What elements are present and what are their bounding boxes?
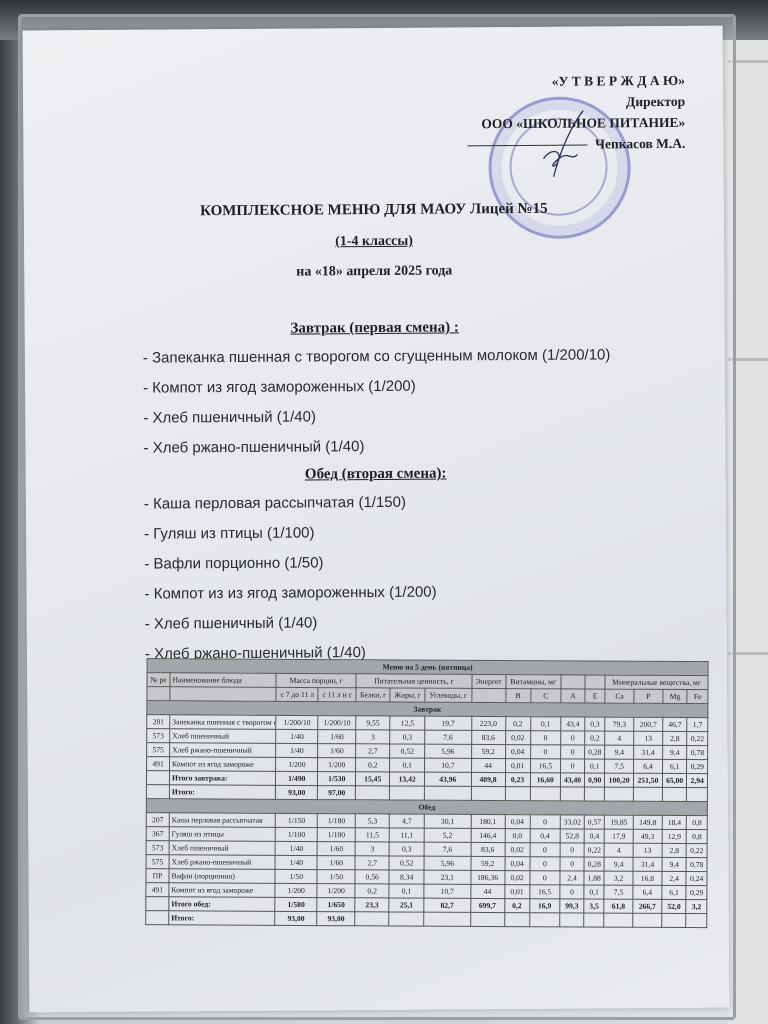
table-cell: 44 bbox=[471, 884, 505, 898]
table-cell: 5,96 bbox=[424, 856, 471, 870]
table-cell: 0,1 bbox=[530, 717, 560, 731]
table-cell: 99,3 bbox=[560, 899, 584, 913]
table-cell: 0,1 bbox=[390, 758, 425, 772]
table-cell: 2,7 bbox=[355, 856, 389, 870]
table-cell: 0,28 bbox=[584, 857, 604, 871]
document-grades: (1-4 классы) bbox=[24, 232, 724, 253]
table-cell: 0 bbox=[560, 885, 584, 899]
table-cell: 11,1 bbox=[389, 828, 424, 842]
table-cell bbox=[424, 912, 471, 926]
table-cell: 1/40 bbox=[275, 841, 317, 855]
table-cell bbox=[561, 675, 585, 689]
table-cell: 0,1 bbox=[585, 759, 605, 773]
list-item: - Гуляш из птицы (1/100) bbox=[144, 518, 436, 550]
table-cell: 0,57 bbox=[584, 815, 604, 829]
table-cell: 0,1 bbox=[389, 884, 424, 898]
table-cell: 2,4 bbox=[560, 871, 584, 885]
table-cell: 83,6 bbox=[471, 730, 505, 744]
table-cell: Минеральные вещества, мг bbox=[605, 675, 708, 690]
table-cell: Энергет bbox=[472, 674, 506, 688]
table-cell: Витамины, мг bbox=[505, 675, 561, 689]
table-cell: 1/200/10 bbox=[276, 715, 318, 729]
table-cell bbox=[687, 788, 708, 802]
table-cell: 0,2 bbox=[585, 731, 605, 745]
table-cell: 1/60 bbox=[318, 730, 356, 744]
table-cell: 0,01 bbox=[505, 759, 530, 773]
table-cell: 575 bbox=[147, 743, 170, 757]
table-cell: 200,7 bbox=[634, 717, 663, 731]
table-cell: Хлеб ржано-пшеничный bbox=[169, 855, 275, 870]
table-cell bbox=[147, 687, 170, 701]
table-cell: 9,4 bbox=[604, 857, 633, 871]
table-cell: 17,9 bbox=[604, 829, 633, 843]
table-cell bbox=[633, 913, 662, 927]
table-cell: 25,1 bbox=[389, 898, 424, 912]
table-cell: 0,24 bbox=[686, 872, 707, 886]
table-cell: 30,1 bbox=[424, 814, 471, 828]
table-cell: 0,8 bbox=[687, 830, 708, 844]
table-cell: 0,02 bbox=[504, 871, 529, 885]
table-cell: 0 bbox=[561, 731, 585, 745]
table-cell: Белки, г bbox=[356, 688, 390, 702]
table-cell: 0,3 bbox=[390, 730, 425, 744]
table-cell: 4 bbox=[605, 731, 634, 745]
list-item: - Вафли порционно (1/50) bbox=[144, 548, 436, 580]
table-cell: 0,01 bbox=[504, 885, 529, 899]
table-cell: 0,04 bbox=[505, 857, 530, 871]
table-cell: 1/200 bbox=[276, 757, 318, 771]
table-cell bbox=[471, 786, 505, 800]
table-cell: 11,5 bbox=[355, 828, 389, 842]
table-cell: 2,94 bbox=[687, 774, 708, 788]
table-cell: 149,8 bbox=[633, 815, 662, 829]
table-cell: 251,50 bbox=[633, 773, 662, 787]
table-cell: 2,4 bbox=[662, 871, 687, 885]
table-cell bbox=[356, 786, 390, 800]
table-cell: 1/200 bbox=[275, 883, 317, 897]
table-cell: 1/490 bbox=[276, 771, 318, 785]
table-cell: 491 bbox=[147, 757, 170, 771]
table-cell: 19,7 bbox=[425, 716, 472, 730]
signature-line bbox=[467, 145, 587, 147]
table-cell: 18,4 bbox=[662, 815, 687, 829]
table-cell bbox=[560, 913, 584, 927]
table-cell: 1/60 bbox=[318, 744, 356, 758]
table-cell: 0,04 bbox=[505, 745, 530, 759]
table-cell: 0,4 bbox=[584, 829, 604, 843]
table-cell: 0,52 bbox=[389, 856, 424, 870]
table-cell: 8,34 bbox=[389, 870, 424, 884]
table-cell: 100,20 bbox=[605, 773, 634, 787]
table-cell: Е bbox=[585, 689, 605, 703]
table-cell: 7,6 bbox=[424, 842, 471, 856]
list-item: - Хлеб пшеничный (1/40) bbox=[143, 400, 611, 433]
table-cell: Ca bbox=[605, 689, 634, 703]
table-cell: P bbox=[634, 689, 663, 703]
list-item: - Компот из ягод замороженных (1/200) bbox=[143, 370, 611, 403]
table-cell: 59,2 bbox=[471, 744, 505, 758]
table-cell: 1/50 bbox=[317, 870, 355, 884]
table-cell: 7,6 bbox=[425, 730, 472, 744]
table-cell: 43,4 bbox=[561, 717, 585, 731]
table-cell: Итого обед: bbox=[169, 897, 275, 912]
table-cell: 2,8 bbox=[662, 843, 687, 857]
table-cell: с 7 до 11 л bbox=[276, 687, 318, 701]
table-cell: 2,8 bbox=[663, 731, 688, 745]
table-cell: 1/180 bbox=[318, 814, 356, 828]
table-cell: 6,1 bbox=[662, 885, 687, 899]
table-cell: 0,52 bbox=[390, 744, 425, 758]
table-cell: 13 bbox=[634, 731, 663, 745]
table-cell: 16,60 bbox=[530, 773, 560, 787]
table-cell bbox=[633, 787, 662, 801]
table-cell: 16,5 bbox=[530, 885, 560, 899]
table-cell: 0,22 bbox=[687, 732, 708, 746]
table-cell bbox=[424, 786, 471, 800]
table-cell: 16,9 bbox=[529, 899, 559, 913]
table-cell: 367 bbox=[146, 827, 169, 841]
table-cell: 97,00 bbox=[318, 786, 356, 800]
table-cell bbox=[530, 787, 560, 801]
table-cell: Компот из ягод замороже bbox=[170, 757, 276, 772]
table-cell: 79,3 bbox=[605, 717, 634, 731]
table-cell: 1/580 bbox=[275, 897, 317, 911]
table-cell bbox=[146, 911, 169, 925]
table-cell: 49,3 bbox=[633, 829, 662, 843]
table-cell: 1/40 bbox=[276, 729, 318, 743]
table-cell: 59,2 bbox=[471, 856, 505, 870]
table-cell: 0 bbox=[530, 857, 560, 871]
table-cell: Масса порции, г bbox=[276, 673, 356, 687]
list-item: - Хлеб ржано-пшеничный (1/40) bbox=[143, 430, 611, 463]
approval-heading: «У Т В Е Р Ж Д А Ю» bbox=[467, 70, 685, 93]
table-cell: 0,3 bbox=[389, 842, 424, 856]
table-cell: 0,02 bbox=[505, 731, 530, 745]
table-cell: 0,28 bbox=[585, 745, 605, 759]
table-cell: Питательная ценность, г bbox=[356, 674, 472, 689]
table-cell: 93,00 bbox=[276, 785, 318, 799]
table-cell bbox=[560, 787, 584, 801]
table-cell: 0,04 bbox=[505, 815, 530, 829]
lunch-heading: Обед (вторая смена): bbox=[26, 464, 726, 486]
table-cell bbox=[585, 787, 605, 801]
document-title: КОМПЛЕКСНОЕ МЕНЮ ДЛЯ МАОУ Лицей №15 bbox=[24, 200, 724, 222]
table-cell: 0 bbox=[561, 759, 585, 773]
table-cell: 0,02 bbox=[505, 843, 530, 857]
table-cell: 10,7 bbox=[425, 758, 472, 772]
table-cell: 16,8 bbox=[633, 871, 662, 885]
table-cell bbox=[170, 687, 276, 702]
table-cell: 0,29 bbox=[686, 886, 707, 900]
table-cell bbox=[470, 912, 504, 926]
table-cell bbox=[504, 913, 529, 927]
menu-sheet: «У Т В Е Р Ж Д А Ю» Директор ООО «ШКОЛЬН… bbox=[23, 26, 730, 1013]
table-cell bbox=[529, 913, 559, 927]
table-cell: 31,4 bbox=[633, 857, 662, 871]
table-cell: 9,55 bbox=[356, 716, 390, 730]
table-cell: 1/100 bbox=[275, 827, 317, 841]
table-cell bbox=[605, 787, 634, 801]
table-cell: 19,85 bbox=[604, 815, 633, 829]
table-cell: 180,1 bbox=[471, 814, 505, 828]
table-cell: 1/40 bbox=[275, 855, 317, 869]
table-cell: 0,22 bbox=[584, 843, 604, 857]
table-cell: 1/530 bbox=[318, 772, 356, 786]
nutrition-table-wrap: Меню на 5 день (пятница)№ реНаименование… bbox=[145, 658, 708, 928]
document-date: на «18» апреля 2025 года bbox=[24, 262, 724, 283]
table-cell: Компот из ягод замороже bbox=[169, 883, 275, 898]
table-cell: 2,7 bbox=[356, 744, 390, 758]
table-cell: Каша перловая рассыпчатая bbox=[169, 813, 275, 828]
signatory-name: Чепкасов М.А. bbox=[595, 136, 685, 152]
table-cell: 1/200 bbox=[317, 884, 355, 898]
table-cell: 1/150 bbox=[275, 813, 317, 827]
breakfast-list: - Запеканка пшенная с творогом со сгущен… bbox=[143, 340, 611, 463]
table-cell: Жиры, г bbox=[390, 688, 425, 702]
lunch-list: - Каша перловая рассыпчатая (1/150) - Гу… bbox=[144, 488, 437, 670]
table-cell: 5,3 bbox=[355, 814, 389, 828]
table-cell: Fe bbox=[687, 690, 708, 704]
approval-block: «У Т В Е Р Ж Д А Ю» Директор ООО «ШКОЛЬН… bbox=[467, 70, 686, 156]
table-cell: 0,22 bbox=[687, 844, 708, 858]
table-cell: 4,7 bbox=[390, 814, 425, 828]
table-cell: 573 bbox=[146, 841, 169, 855]
table-cell: 0 bbox=[530, 871, 560, 885]
table-cell: 9,4 bbox=[605, 745, 634, 759]
approval-signatory: Чепкасов М.А. bbox=[467, 133, 685, 156]
table-cell: 93,00 bbox=[275, 911, 317, 925]
list-item: - Запеканка пшенная с творогом со сгущен… bbox=[143, 340, 611, 373]
breakfast-heading: Завтрак (первая смена) : bbox=[25, 318, 725, 340]
table-cell: Наименование блюда bbox=[170, 673, 276, 688]
table-cell: 6,4 bbox=[634, 759, 663, 773]
approval-position: Директор bbox=[467, 91, 685, 114]
table-cell bbox=[355, 912, 389, 926]
table-cell: 1/60 bbox=[317, 856, 355, 870]
table-cell: 93,00 bbox=[317, 912, 355, 926]
table-cell: 12,9 bbox=[662, 829, 687, 843]
table-cell: 7,5 bbox=[604, 885, 633, 899]
table-cell bbox=[604, 913, 633, 927]
table-cell: 0 bbox=[561, 745, 585, 759]
table-cell: 1/60 bbox=[317, 842, 355, 856]
table-cell bbox=[585, 675, 605, 689]
table-cell: 0,78 bbox=[687, 746, 708, 760]
table-cell: 0 bbox=[560, 857, 584, 871]
table-row: Итого:93,0093,00 bbox=[146, 911, 707, 928]
table-cell: 16,5 bbox=[530, 759, 560, 773]
table-cell: 207 bbox=[146, 813, 169, 827]
table-cell: 65,00 bbox=[662, 773, 687, 787]
table-cell: 0 bbox=[530, 843, 560, 857]
table-cell: 0,78 bbox=[686, 858, 707, 872]
table-cell bbox=[390, 786, 425, 800]
table-cell: Итого: bbox=[169, 911, 275, 926]
table-cell: 3 bbox=[356, 730, 390, 744]
table-cell: 0,2 bbox=[356, 758, 390, 772]
approval-organization: ООО «ШКОЛЬНОЕ ПИТАНИЕ» bbox=[467, 112, 685, 135]
table-cell: Итого завтрака: bbox=[169, 771, 275, 786]
table-cell: С bbox=[531, 689, 561, 703]
table-cell: 1/100 bbox=[318, 828, 356, 842]
table-cell: 3,2 bbox=[686, 900, 707, 914]
table-cell: 15,45 bbox=[356, 772, 390, 786]
table-cell: 1/650 bbox=[317, 898, 355, 912]
table-cell: 575 bbox=[146, 855, 169, 869]
table-cell bbox=[662, 787, 687, 801]
table-cell: Итого: bbox=[169, 785, 275, 800]
nutrition-table: Меню на 5 день (пятница)№ реНаименование… bbox=[145, 658, 708, 928]
table-cell: 3,2 bbox=[604, 871, 633, 885]
table-cell bbox=[146, 897, 169, 911]
table-cell: 0,8 bbox=[687, 816, 708, 830]
table-cell bbox=[584, 913, 604, 927]
table-cell: 409,8 bbox=[471, 772, 505, 786]
table-cell: 3,5 bbox=[584, 899, 604, 913]
table-cell: 3 bbox=[355, 842, 389, 856]
table-cell: 146,4 bbox=[471, 828, 505, 842]
table-cell: 83,6 bbox=[471, 842, 505, 856]
table-cell bbox=[472, 688, 506, 702]
table-cell bbox=[146, 785, 169, 799]
table-cell: 13 bbox=[633, 843, 662, 857]
table-cell: 491 bbox=[146, 883, 169, 897]
list-item: - Компот из из ягод замороженных (1/200) bbox=[144, 578, 436, 610]
table-cell: 1/40 bbox=[276, 743, 318, 757]
table-cell: 4 bbox=[604, 843, 633, 857]
table-cell: 1/50 bbox=[275, 869, 317, 883]
table-cell: 7,5 bbox=[605, 759, 634, 773]
table-cell: 0 bbox=[530, 731, 560, 745]
table-cell: 31,4 bbox=[634, 745, 663, 759]
table-cell: 186,36 bbox=[471, 870, 505, 884]
table-cell: 281 bbox=[147, 715, 170, 729]
table-cell: Хлеб пшеничный bbox=[170, 729, 276, 744]
table-cell: 1,88 bbox=[584, 871, 604, 885]
table-cell: 0,0 bbox=[505, 829, 530, 843]
table-cell: 9,4 bbox=[662, 857, 687, 871]
table-cell: В bbox=[505, 689, 530, 703]
table-cell: 0,2 bbox=[355, 884, 389, 898]
table-cell: 0,4 bbox=[530, 829, 560, 843]
table-cell: 0,29 bbox=[687, 760, 708, 774]
table-cell: 0,90 bbox=[585, 773, 605, 787]
table-cell: 0,2 bbox=[504, 899, 529, 913]
table-cell: 0 bbox=[530, 745, 560, 759]
table-cell: 52,0 bbox=[662, 899, 687, 913]
table-cell: 9,4 bbox=[662, 745, 687, 759]
table-cell: 6,4 bbox=[633, 885, 662, 899]
table-cell: 699,7 bbox=[470, 898, 504, 912]
table-cell: 23,1 bbox=[424, 870, 471, 884]
table-cell: 12,5 bbox=[390, 716, 425, 730]
table-cell: 0 bbox=[560, 843, 584, 857]
table-cell: 43,40 bbox=[560, 773, 584, 787]
table-cell: 1/200 bbox=[318, 758, 356, 772]
table-cell: 5,96 bbox=[425, 744, 472, 758]
table-cell: 266,7 bbox=[633, 899, 662, 913]
list-item: - Хлеб пшеничный (1/40) bbox=[145, 608, 437, 640]
table-cell bbox=[505, 787, 530, 801]
table-cell: 0,56 bbox=[355, 870, 389, 884]
table-cell bbox=[686, 914, 707, 928]
table-cell: 6,1 bbox=[662, 759, 687, 773]
table-cell: Mg bbox=[663, 689, 688, 703]
table-cell: 1/200/10 bbox=[318, 716, 356, 730]
table-cell bbox=[146, 771, 169, 785]
table-cell: 52,8 bbox=[560, 829, 584, 843]
table-cell: 33,02 bbox=[560, 815, 584, 829]
table-cell: 10,7 bbox=[424, 884, 471, 898]
table-cell: 5,2 bbox=[424, 828, 471, 842]
table-cell: А bbox=[561, 689, 585, 703]
table-cell: 46,7 bbox=[663, 717, 688, 731]
table-cell: 0,3 bbox=[585, 717, 605, 731]
table-cell: Гуляш из птицы bbox=[169, 827, 275, 842]
table-cell: 1,7 bbox=[687, 718, 708, 732]
table-cell: 61,8 bbox=[604, 899, 633, 913]
table-cell: ПР bbox=[146, 869, 169, 883]
table-cell: 223,0 bbox=[471, 716, 505, 730]
table-cell: Вафли (порционно) bbox=[169, 869, 275, 884]
table-cell: 23,3 bbox=[355, 898, 389, 912]
table-cell: 0,2 bbox=[505, 717, 530, 731]
table-cell: Хлеб ржано-пшеничный bbox=[170, 743, 276, 758]
table-cell: 82,7 bbox=[424, 898, 471, 912]
table-cell: № ре bbox=[147, 673, 170, 687]
table-cell bbox=[662, 913, 687, 927]
table-cell bbox=[389, 912, 424, 926]
table-cell: Запеканка пшенная с творогом со сгущенны… bbox=[170, 715, 276, 730]
table-cell: 0,23 bbox=[505, 773, 530, 787]
table-cell: 0,1 bbox=[584, 885, 604, 899]
table-cell: 0 bbox=[530, 815, 560, 829]
table-cell: Углеводы, г bbox=[425, 688, 472, 702]
list-item: - Каша перловая рассыпчатая (1/150) bbox=[144, 488, 436, 520]
table-cell: 44 bbox=[471, 758, 505, 772]
table-cell: 573 bbox=[147, 729, 170, 743]
table-cell: 43,96 bbox=[424, 772, 471, 786]
table-cell: Хлеб пшеничный bbox=[169, 841, 275, 856]
table-cell: 13,42 bbox=[390, 772, 425, 786]
table-cell: с 11 л и с bbox=[318, 688, 356, 702]
